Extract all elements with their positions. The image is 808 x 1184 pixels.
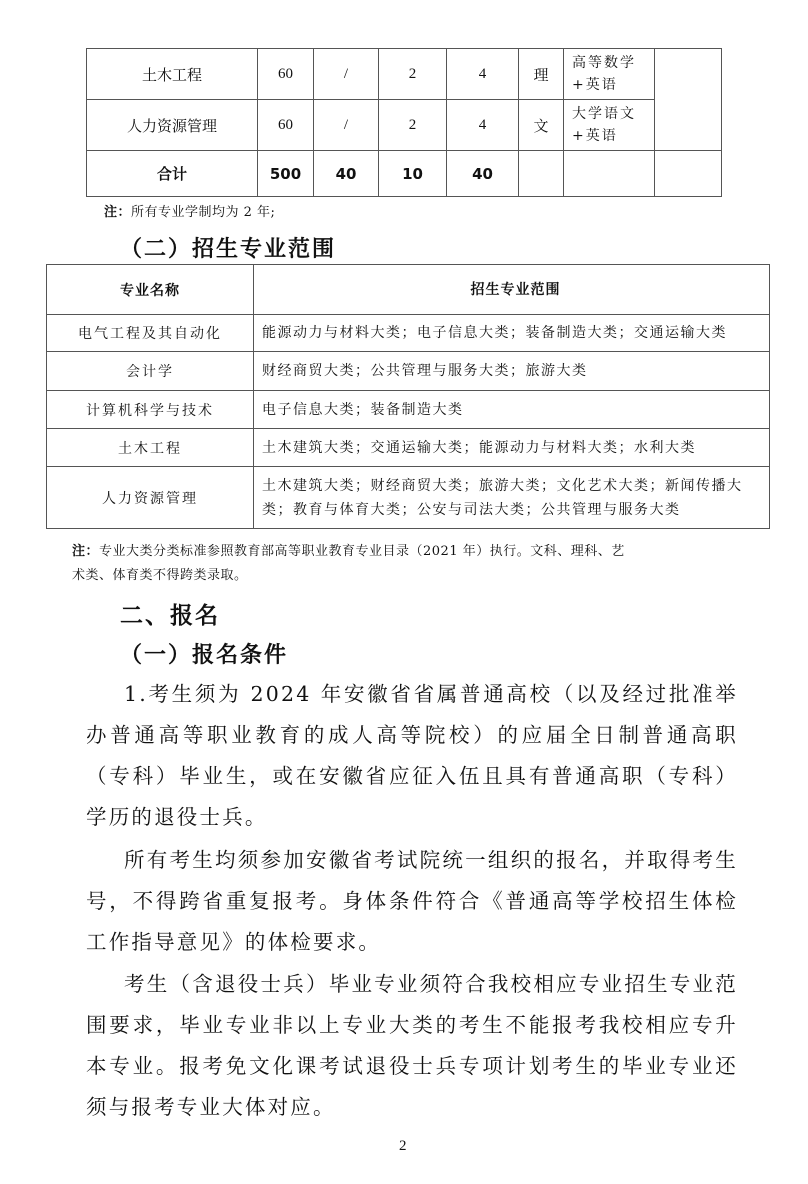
major-name: 会计学 [47,352,254,391]
paragraph-text: 考生（含退役士兵）毕业专业须符合我校相应专业招生专业范围要求，毕业专业非以上专业… [86,972,738,1119]
table-row: 土木工程 土木建筑大类；交通运输大类；能源动力与材料大类；水利大类 [47,429,770,467]
subjects-line-2: +英语 [572,125,654,147]
plan-col-2: / [314,49,379,100]
category: 理 [519,49,564,100]
enrollment-plan-table: 土木工程 60 / 2 4 理 高等数学 +英语 人力资源管理 60 / 2 4… [86,48,722,197]
paragraph-text: 1.考生须为 2024 年安徽省省属普通高校（以及经过批准举办普通高等职业教育的… [86,682,738,829]
paragraph-text: 所有考生均须参加安徽省考试院统一组织的报名，并取得考生号，不得跨省重复报考。身体… [86,848,738,954]
subjects-line-2: +英语 [572,74,654,96]
table-row: 人力资源管理 土木建筑大类；财经商贸大类；旅游大类；文化艺术大类；新闻传播大类；… [47,467,770,529]
header-scope: 招生专业范围 [254,265,770,315]
scope-note: 注：专业大类分类标准参照教育部高等职业教育专业目录（2021 年）执行。文科、理… [72,540,625,588]
major-name: 人力资源管理 [47,467,254,529]
plan-col-4: 4 [447,100,519,151]
chapter-heading: 二、报名 [120,597,220,630]
note-label: 注： [72,544,99,559]
note-text: 所有专业学制均为 2 年; [131,205,275,220]
total-col-1: 500 [258,151,314,197]
empty-cell [519,151,564,197]
table-row: 会计学 财经商贸大类；公共管理与服务大类；旅游大类 [47,352,770,391]
exam-subjects: 大学语文 +英语 [564,100,655,151]
table-row: 电气工程及其自动化 能源动力与材料大类；电子信息大类；装备制造大类；交通运输大类 [47,315,770,352]
total-row: 合计 500 40 10 40 [87,151,722,197]
empty-cell [655,151,722,197]
page-number: 2 [399,1138,407,1155]
scope-note-line-1: 注：专业大类分类标准参照教育部高等职业教育专业目录（2021 年）执行。文科、理… [72,540,625,564]
subjects-line-1: 大学语文 [572,103,654,125]
scope-text: 土木建筑大类；财经商贸大类；旅游大类；文化艺术大类；新闻传播大类；教育与体育大类… [254,467,770,529]
note-text: 专业大类分类标准参照教育部高等职业教育专业目录（2021 年）执行。文科、理科、… [99,544,625,559]
section-heading: （二）招生专业范围 [120,232,336,263]
plan-col-2: / [314,100,379,151]
major-name: 计算机科学与技术 [47,391,254,429]
category: 文 [519,100,564,151]
total-col-3: 10 [379,151,447,197]
scope-text: 土木建筑大类；交通运输大类；能源动力与材料大类；水利大类 [254,429,770,467]
major-name: 人力资源管理 [87,100,258,151]
paragraph-major-requirement: 考生（含退役士兵）毕业专业须符合我校相应专业招生专业范围要求，毕业专业非以上专业… [86,964,738,1128]
header-major: 专业名称 [47,265,254,315]
total-col-4: 40 [447,151,519,197]
major-name: 电气工程及其自动化 [47,315,254,352]
major-scope-table: 专业名称 招生专业范围 电气工程及其自动化 能源动力与材料大类；电子信息大类；装… [46,264,770,529]
total-label: 合计 [87,151,258,197]
plan-col-3: 2 [379,49,447,100]
table-header-row: 专业名称 招生专业范围 [47,265,770,315]
plan-count: 60 [258,49,314,100]
table-note: 注：所有专业学制均为 2 年; [104,201,275,220]
major-name: 土木工程 [47,429,254,467]
paragraph-eligibility: 1.考生须为 2024 年安徽省省属普通高校（以及经过批准举办普通高等职业教育的… [86,674,738,838]
total-col-2: 40 [314,151,379,197]
table-row: 计算机科学与技术 电子信息大类；装备制造大类 [47,391,770,429]
table-row: 人力资源管理 60 / 2 4 文 大学语文 +英语 [87,100,722,151]
note-label: 注： [104,205,131,220]
plan-col-4: 4 [447,49,519,100]
scope-text: 能源动力与材料大类；电子信息大类；装备制造大类；交通运输大类 [254,315,770,352]
plan-count: 60 [258,100,314,151]
table-row: 土木工程 60 / 2 4 理 高等数学 +英语 [87,49,722,100]
exam-subjects: 高等数学 +英语 [564,49,655,100]
sub-heading: （一）报名条件 [120,638,288,669]
scope-text: 电子信息大类；装备制造大类 [254,391,770,429]
remarks-cell [655,49,722,151]
major-name: 土木工程 [87,49,258,100]
scope-text: 财经商贸大类；公共管理与服务大类；旅游大类 [254,352,770,391]
paragraph-registration: 所有考生均须参加安徽省考试院统一组织的报名，并取得考生号，不得跨省重复报考。身体… [86,840,738,963]
plan-col-3: 2 [379,100,447,151]
subjects-line-1: 高等数学 [572,52,654,74]
empty-cell [564,151,655,197]
scope-note-line-2: 术类、体育类不得跨类录取。 [72,564,625,588]
